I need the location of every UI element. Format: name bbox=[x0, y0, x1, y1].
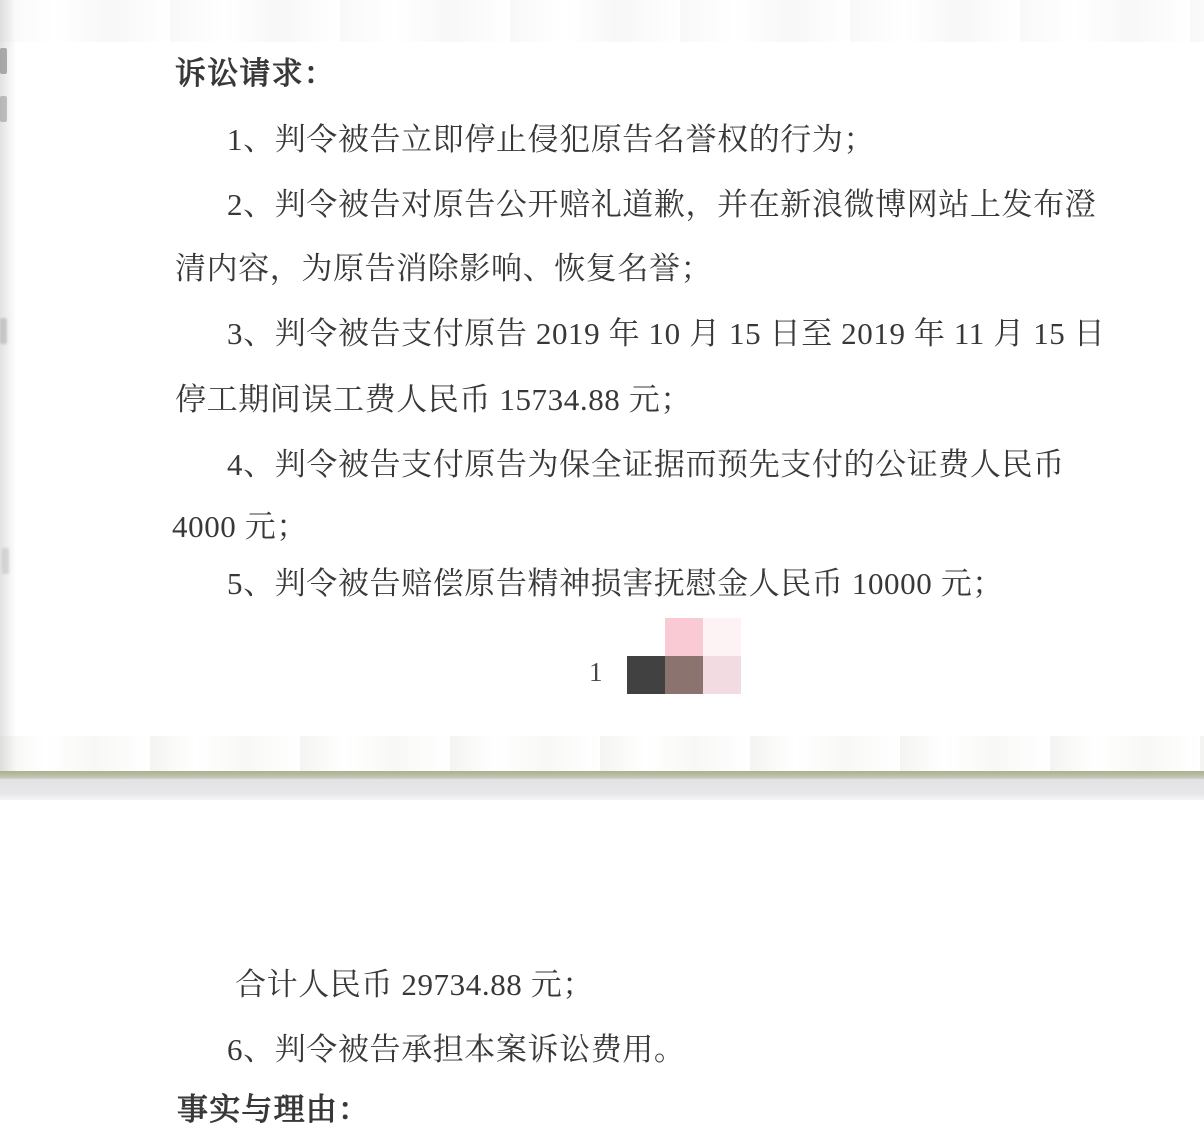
claim-item-2-line-2: 清内容，为原告消除影响、恢复名誉； bbox=[175, 253, 712, 284]
redaction-block bbox=[665, 618, 703, 656]
claim-item-2-line-1: 2、判令被告对原告公开赔礼道歉，并在新浪微博网站上发布澄 bbox=[227, 189, 1096, 220]
page-divider-shadow bbox=[0, 779, 1204, 800]
claim-item-1: 1、判令被告立即停止侵犯原告名誉权的行为； bbox=[227, 124, 875, 155]
redaction-block bbox=[703, 618, 741, 656]
claim-item-3-line-1: 3、判令被告支付原告 2019 年 10 月 15 日至 2019 年 11 月… bbox=[227, 318, 1105, 349]
claim-item-6: 6、判令被告承担本案诉讼费用。 bbox=[227, 1034, 686, 1065]
claim-item-3-line-2: 停工期间误工费人民币 15734.88 元； bbox=[175, 384, 692, 415]
facts-and-reasons-heading: 事实与理由： bbox=[177, 1094, 370, 1125]
claim-item-4-line-1: 4、判令被告支付原告为保全证据而预先支付的公证费人民币 bbox=[227, 449, 1065, 480]
redaction-block bbox=[703, 656, 741, 694]
scan-bottom-smudge bbox=[0, 736, 1204, 772]
page-divider bbox=[0, 771, 1204, 800]
redaction-mosaic bbox=[627, 618, 741, 694]
page-number: 1 bbox=[589, 659, 603, 686]
redaction-block bbox=[627, 618, 665, 656]
page-divider-edge bbox=[0, 771, 1204, 779]
redaction-block bbox=[665, 656, 703, 694]
scan-edge-artifact bbox=[0, 0, 16, 772]
claim-item-5: 5、判令被告赔偿原告精神损害抚慰金人民币 10000 元； bbox=[227, 568, 1004, 599]
claims-heading: 诉讼请求： bbox=[175, 58, 336, 89]
scanned-document: 诉讼请求： 1、判令被告立即停止侵犯原告名誉权的行为； 2、判令被告对原告公开赔… bbox=[0, 0, 1204, 1138]
claim-item-4-line-2: 4000 元； bbox=[172, 511, 308, 542]
claims-total-line: 合计人民币 29734.88 元； bbox=[235, 969, 594, 1000]
scan-top-smudge bbox=[0, 0, 1204, 42]
redaction-block bbox=[627, 656, 665, 694]
